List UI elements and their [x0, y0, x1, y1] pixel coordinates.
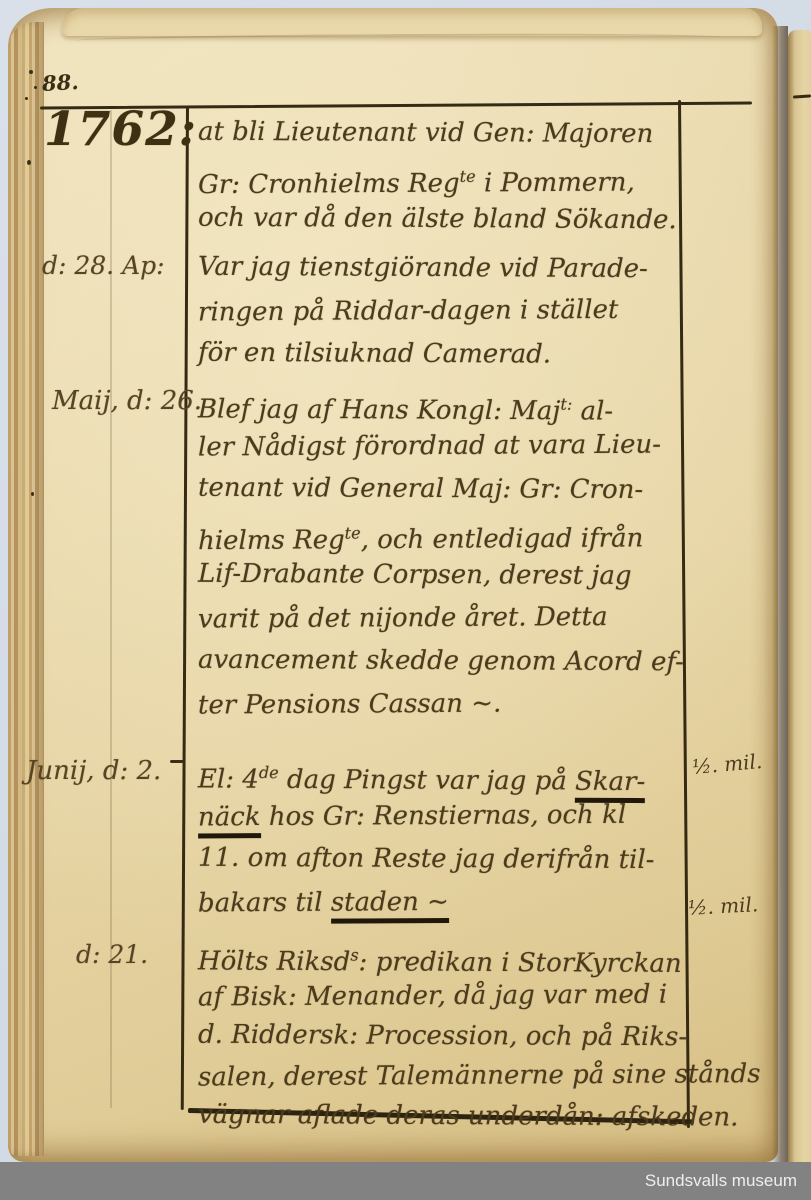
handwritten-text: salen, derest Talemännerne på sine stånd… [198, 1059, 761, 1092]
handwritten-line: El: 4de dag Pingst var jag på Skar- [198, 751, 680, 797]
handwritten-line: ringen på Riddar-dagen i stället [198, 289, 680, 335]
handwritten-text: Gr: Cronhielms Reg [198, 169, 460, 201]
handwritten-text: te [460, 167, 476, 186]
handwritten-text: hielms Reg [198, 525, 345, 556]
handwritten-line: Var jag tienstgiörande vid Parade- [198, 246, 680, 292]
journal-entries: 1762:at bli Lieutenant vid Gen: MajorenG… [198, 112, 680, 1142]
handwritten-line: at bli Lieutenant vid Gen: Majoren [198, 111, 680, 157]
book-page-edges-left [8, 22, 44, 1156]
handwritten-line: ler Nådigst förordnad at vara Lieu- [198, 424, 680, 470]
handwritten-text: vägnar aflade deras underdån: afskeden. [198, 1100, 739, 1133]
handwritten-line: 11. om afton Reste jag derifrån til- [198, 837, 680, 883]
handwritten-line: salen, derest Talemännerne på sine stånd… [198, 1055, 680, 1098]
journal-entry: Junij, d: 2.El: 4de dag Pingst var jag p… [198, 752, 680, 924]
handwritten-line: för en tilsiuknad Camerad. [198, 332, 680, 378]
handwritten-line: Lif-Drabante Corpsen, derest jag [198, 553, 680, 599]
handwritten-text: s [350, 946, 358, 965]
ink-speck [27, 160, 31, 165]
entry-date: d: 28. Ap: [42, 251, 192, 280]
handwritten-text: ter Pensions Cassan ~. [198, 689, 501, 721]
handwritten-text: at bli Lieutenant vid Gen: Majoren [198, 117, 653, 149]
page-top-fold [62, 8, 762, 36]
handwritten-text: t: [560, 395, 572, 414]
handwritten-text: El: 4 [198, 764, 259, 794]
handwritten-line: hielms Regte, och entledigad ifrån [198, 510, 680, 556]
handwritten-text: Var jag tienstgiörande vid Parade- [198, 252, 648, 284]
handwritten-text: af Bisk: Menander, då jag var med i [198, 980, 667, 1013]
museum-credit-bar: Sundsvalls museum [0, 1162, 811, 1200]
museum-credit-text: Sundsvalls museum [0, 1162, 811, 1200]
journal-entry: 1762:at bli Lieutenant vid Gen: MajorenG… [198, 112, 680, 241]
handwritten-text: bakars til [198, 888, 331, 919]
entry-date: Maij, d: 26. [52, 386, 202, 416]
handwritten-text: Lif-Drabante Corpsen, derest jag [198, 559, 632, 591]
ink-speck [31, 492, 34, 496]
handwritten-text: dag Pingst var jag på [279, 765, 575, 797]
ink-speck [29, 70, 33, 74]
handwritten-text: ler Nådigst förordnad at vara Lieu- [198, 430, 661, 463]
handwritten-text: al- [572, 396, 613, 426]
handwritten-text: Blef jag af Hans Kongl: Maj [198, 394, 561, 426]
handwritten-text: tenant vid General Maj: Gr: Cron- [198, 473, 643, 505]
handwritten-line: af Bisk: Menander, då jag var med i [198, 975, 680, 1018]
ink-speck [25, 97, 28, 100]
underlined-text: staden ~ [331, 887, 449, 924]
handwritten-line: varit på det nijonde året. Detta [198, 596, 680, 642]
margin-distance-note: ½. mil. [687, 892, 758, 920]
handwritten-line: och var då den älste bland Sökande. [198, 197, 680, 243]
handwritten-text: te [345, 523, 361, 542]
entry-date: 1762: [44, 102, 194, 157]
handwritten-text: för en tilsiuknad Camerad. [198, 338, 551, 370]
entry-date: Junij, d: 2. [26, 756, 176, 786]
handwritten-line: ter Pensions Cassan ~. [198, 682, 680, 728]
handwritten-line: näck hos Gr: Renstiernas, och kl [198, 794, 680, 840]
journal-entry: Maij, d: 26.Blef jag af Hans Kongl: Majt… [198, 382, 680, 726]
handwritten-text: varit på det nijonde året. Detta [198, 602, 608, 635]
handwritten-text: de [259, 763, 279, 782]
ink-speck [34, 86, 37, 89]
next-page-edge [788, 30, 811, 1162]
photo-of-manuscript-page: 88. 1762:at bli Lieutenant vid Gen: Majo… [0, 0, 811, 1200]
handwritten-text: avancement skedde genom Acord ef- [198, 645, 684, 678]
handwritten-text: och var då den älste bland Sökande. [198, 203, 677, 236]
handwritten-line: Blef jag af Hans Kongl: Majt: al- [198, 381, 680, 427]
handwritten-line: Hölts Riksds: predikan i StorKyrckan [198, 935, 680, 978]
handwritten-text: , och entledigad ifrån [361, 523, 644, 555]
handwritten-line: vägnar aflade deras underdån: afskeden. [198, 1095, 680, 1138]
handwritten-line: bakars til staden ~ [198, 880, 680, 926]
handwritten-line: avancement skedde genom Acord ef- [198, 639, 680, 685]
handwritten-line: Gr: Cronhielms Regte i Pommern, [198, 154, 680, 200]
handwritten-text: d. Riddersk: Procession, och på Riks- [198, 1020, 687, 1053]
handwritten-line: d. Riddersk: Procession, och på Riks- [198, 1015, 680, 1058]
handwritten-text: ringen på Riddar-dagen i stället [198, 295, 619, 328]
handwritten-text: i Pommern, [476, 167, 635, 198]
journal-entry: d: 28. Ap:Var jag tienstgiörande vid Par… [198, 247, 680, 376]
underlined-text: näck [198, 802, 261, 838]
handwritten-text: hos Gr: Renstiernas, och kl [260, 800, 626, 832]
page-number: 88. [41, 69, 79, 96]
handwritten-line: tenant vid General Maj: Gr: Cron- [198, 467, 680, 513]
page-gutter-shadow [772, 26, 788, 1162]
handwritten-text: Hölts Riksd [198, 946, 350, 977]
journal-entry: d: 21.Hölts Riksds: predikan i StorKyrck… [198, 936, 680, 1136]
handwritten-text: 11. om afton Reste jag derifrån til- [198, 843, 655, 875]
